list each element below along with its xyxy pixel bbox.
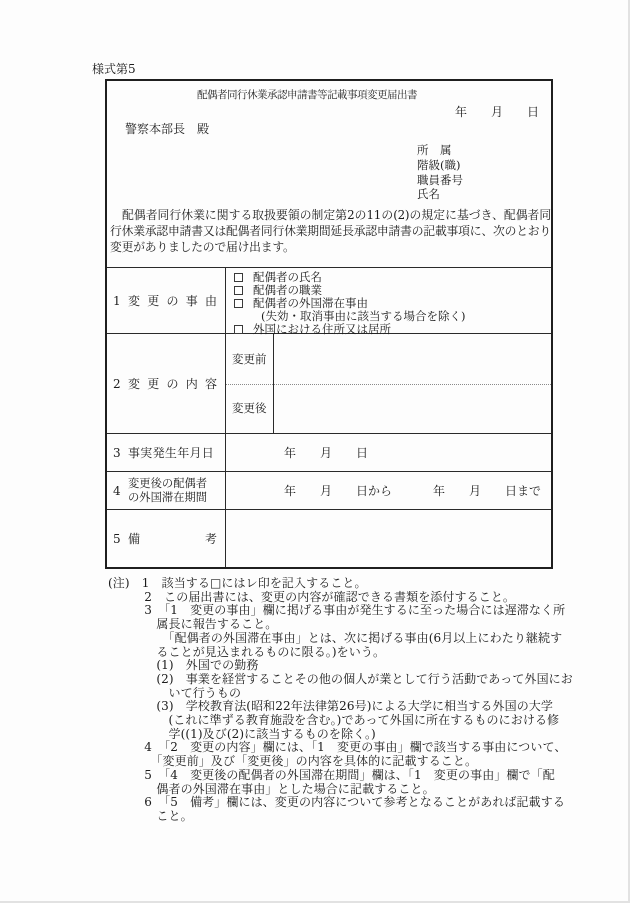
note-line: 5 「4 変更後の配偶者の外国滞在期間」欄は、「1 変更の事由」欄で「配: [108, 769, 620, 783]
applicant-field[interactable]: 氏名: [417, 187, 463, 202]
before-label: 変更前: [232, 351, 267, 367]
reason-options: 配偶者の氏名 配偶者の職業 配偶者の外国滞在事由 (失効・取消事由に該当する場合…: [226, 268, 551, 333]
reason-option: (失効・取消事由に該当する場合を除く): [242, 310, 551, 323]
applicant-field[interactable]: 階級(職): [417, 158, 463, 173]
period-from-placeholder: 年 月 日から: [284, 482, 392, 499]
row-stay-period: 4 変更後の配偶者 の外国滞在期間 年 月 日から 年 月 日まで: [107, 472, 551, 510]
form-page: 様式第5 配偶者同行休業承認申請書等記載事項変更届出書 年 月 日 警察本部長 …: [0, 0, 630, 903]
row-occurrence-date: 3 事実発生年月日 年 月 日: [107, 434, 551, 472]
checkbox[interactable]: [234, 325, 243, 334]
addressee-line: 警察本部長 殿: [125, 120, 209, 137]
note-line: (これに準ずる教育施設を含む。)であって外国に所在するものにおける修: [108, 714, 620, 728]
change-content-cell: 変更前 変更後: [226, 334, 551, 433]
form-number-label: 様式第5: [92, 60, 136, 77]
after-label: 変更後: [232, 400, 267, 416]
body-paragraph: 配偶者同行休業に関する取扱要領の制定第2の11の(2)の規定に基づき、配偶者同行…: [110, 207, 551, 256]
row-label: 備考: [128, 530, 217, 547]
remarks-input-area[interactable]: [226, 510, 551, 567]
period-to-placeholder: 年 月 日まで: [433, 482, 541, 499]
note-line: (1) 外国での勤務: [108, 659, 620, 673]
row-number: 4: [113, 484, 128, 498]
form-title: 配偶者同行休業承認申請書等記載事項変更届出書: [107, 87, 507, 102]
note-line: 「配偶者の外国滞在事由」とは、次に掲げる事由(6月以上にわたり継続す: [108, 632, 620, 646]
reason-option: 配偶者の氏名: [234, 271, 551, 284]
row-remarks-label-cell: 5 備考: [107, 510, 226, 567]
row-number: 2: [113, 377, 128, 391]
stay-period-cell[interactable]: 年 月 日から 年 月 日まで: [226, 472, 551, 509]
before-label-cell: 変更前: [226, 334, 273, 384]
note-line: 6 「5 備考」欄には、変更の内容について参考となることがあれば記載する: [108, 796, 620, 810]
form-box: 配偶者同行休業承認申請書等記載事項変更届出書 年 月 日 警察本部長 殿 所 属…: [105, 79, 553, 569]
row-label-line-2: の外国滞在期間: [128, 491, 225, 505]
row-number: 5: [113, 532, 128, 546]
notes-block: (注) 1 該当する□にはレ印を記入すること。 2 この届出書には、変更の内容が…: [108, 577, 620, 824]
row-label: 変更の内容: [128, 375, 217, 392]
after-input-area[interactable]: [275, 385, 551, 434]
checkbox[interactable]: [234, 286, 243, 295]
row-change-reason: 1 変更の事由 配偶者の氏名 配偶者の職業 配偶者の外国滞在事由: [107, 268, 551, 334]
occurrence-date-cell[interactable]: 年 月 日: [226, 434, 551, 471]
row-label: 事実発生年月日: [128, 444, 225, 461]
row-label: 変更後の配偶者 の外国滞在期間: [128, 477, 225, 504]
checkbox-label: 配偶者の氏名: [253, 271, 322, 284]
row-remarks: 5 備考: [107, 510, 551, 567]
row-label-line-1: 変更後の配偶者: [128, 477, 225, 491]
before-input-area[interactable]: [275, 334, 551, 383]
checkbox[interactable]: [234, 299, 243, 308]
checkbox-label: 配偶者の職業: [253, 284, 322, 297]
checkbox-label: (失効・取消事由に該当する場合を除く): [261, 310, 465, 323]
row-stay-period-label-cell: 4 変更後の配偶者 の外国滞在期間: [107, 472, 226, 509]
note-line: (注) 1 該当する□にはレ印を記入すること。: [108, 577, 620, 591]
note-line: 属長に報告すること。: [108, 618, 620, 632]
note-line: 「変更前」及び「変更後」の内容を具体的に記載すること。: [108, 755, 620, 769]
reason-option: 配偶者の外国滞在事由: [234, 297, 551, 310]
row-number: 3: [113, 446, 128, 460]
checkbox[interactable]: [234, 273, 243, 282]
reason-option: 配偶者の職業: [234, 284, 551, 297]
change-table: 1 変更の事由 配偶者の氏名 配偶者の職業 配偶者の外国滞在事由: [107, 267, 551, 567]
note-line: こと。: [108, 810, 620, 824]
row-change-content: 2 変更の内容 変更前 変更後: [107, 334, 551, 434]
note-line: (2) 事業を経営することその他の個人が業として行う活動であって外国にお: [108, 673, 620, 687]
after-label-cell: 変更後: [226, 384, 273, 434]
row-occurrence-date-label-cell: 3 事実発生年月日: [107, 434, 226, 471]
row-number: 1: [113, 294, 128, 308]
date-placeholder: 年 月 日: [284, 444, 368, 461]
row-change-reason-label-cell: 1 変更の事由: [107, 268, 226, 333]
submission-date-line[interactable]: 年 月 日: [455, 103, 539, 120]
row-change-content-label-cell: 2 変更の内容: [107, 334, 226, 433]
applicant-field[interactable]: 所 属: [417, 143, 463, 158]
row-label: 変更の事由: [128, 292, 217, 309]
checkbox-label: 配偶者の外国滞在事由: [253, 297, 368, 310]
applicant-field-block: 所 属階級(職)職員番号氏名: [417, 143, 463, 202]
note-line: (3) 学校教育法(昭和22年法律第26号)による大学に相当する外国の大学: [108, 700, 620, 714]
applicant-field[interactable]: 職員番号: [417, 173, 463, 188]
